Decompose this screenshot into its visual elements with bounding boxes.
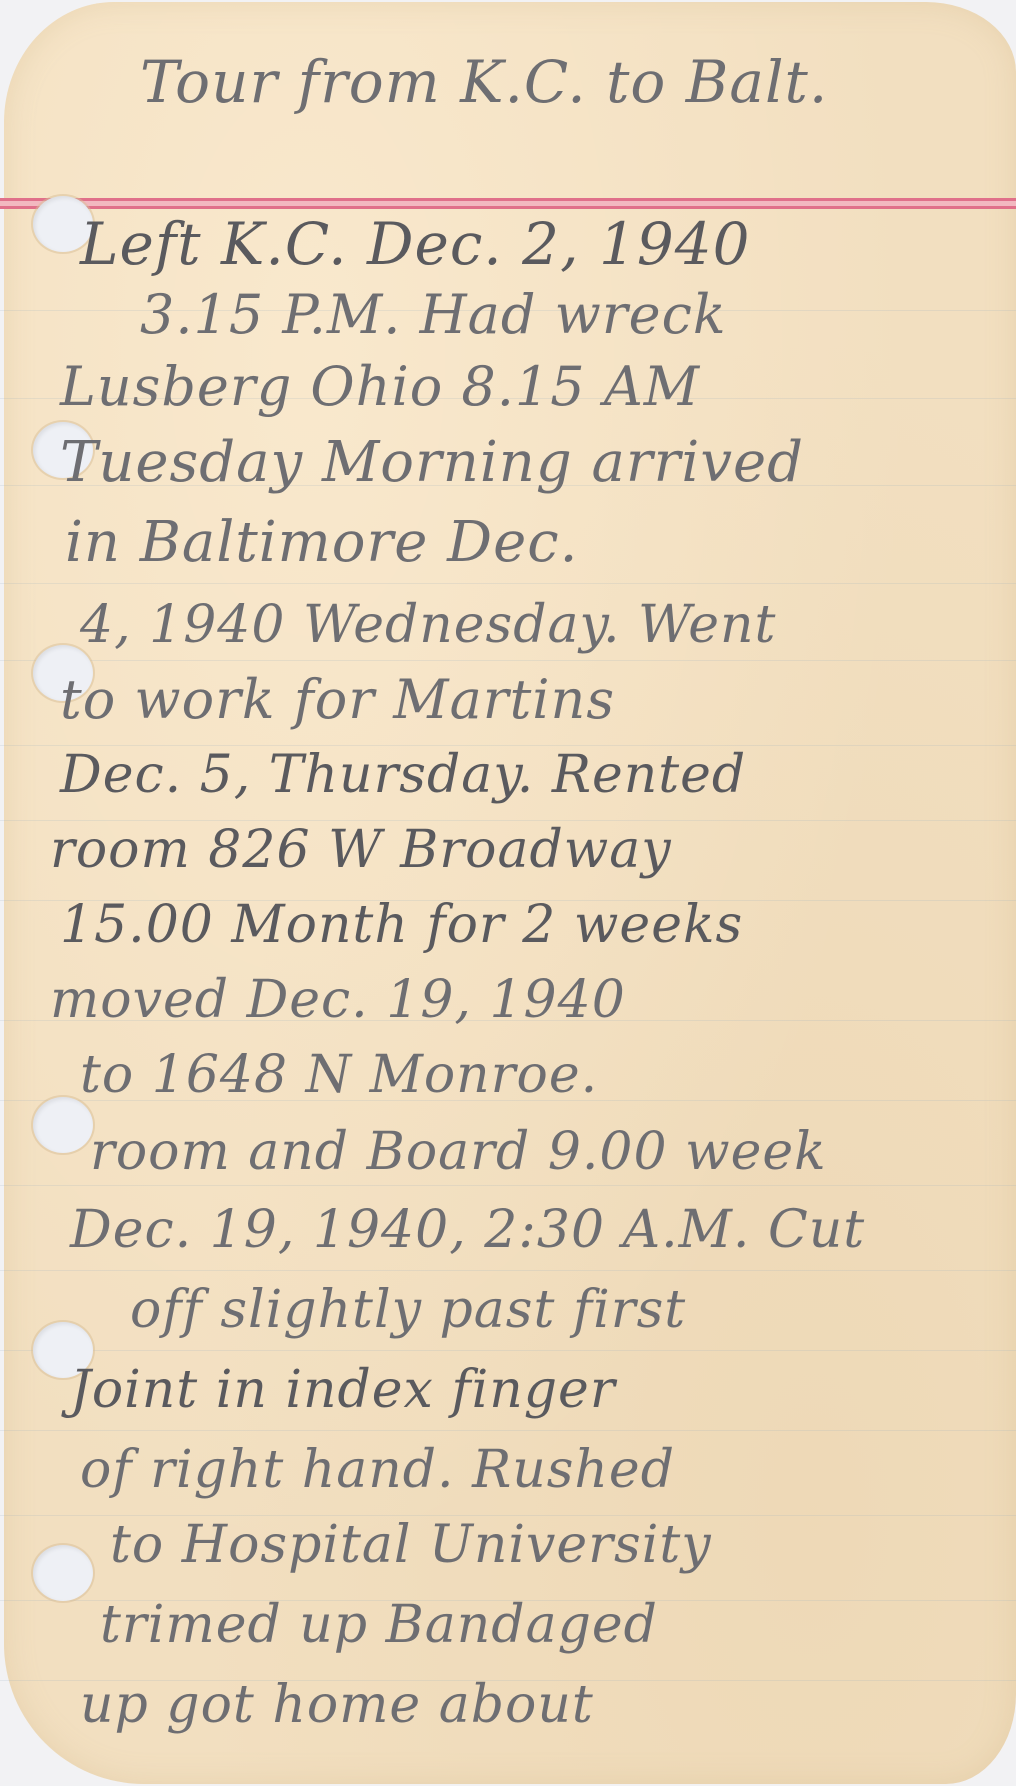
handwritten-line: Lusberg Ohio 8.15 AM — [60, 355, 700, 418]
ruled-line — [0, 583, 1016, 584]
ruled-line — [0, 660, 1016, 661]
ruled-line — [0, 1350, 1016, 1351]
handwritten-line: of right hand. Rushed — [80, 1440, 675, 1500]
handwritten-line: room and Board 9.00 week — [90, 1122, 827, 1182]
binder-hole — [33, 1097, 93, 1153]
handwritten-line: 15.00 Month for 2 weeks — [60, 895, 743, 955]
handwritten-line: 4, 1940 Wednesday. Went — [80, 595, 776, 655]
handwritten-line: Left K.C. Dec. 2, 1940 — [80, 210, 751, 278]
handwritten-line: to work for Martins — [60, 668, 615, 731]
handwritten-line: Joint in index finger — [70, 1360, 616, 1420]
handwritten-line: room 826 W Broadway — [50, 820, 672, 880]
handwritten-line: moved Dec. 19, 1940 — [50, 970, 626, 1030]
handwritten-line: up got home about — [80, 1675, 594, 1735]
binder-hole — [33, 1545, 93, 1601]
handwritten-line: in Baltimore Dec. — [65, 510, 578, 575]
header-rule-line — [0, 206, 1016, 209]
handwritten-line: Dec. 19, 1940, 2:30 A.M. Cut — [70, 1200, 865, 1260]
ruled-line — [0, 1430, 1016, 1431]
ruled-line — [0, 1270, 1016, 1271]
ruled-line — [0, 1185, 1016, 1186]
handwritten-line: Tuesday Morning arrived — [60, 430, 804, 495]
handwritten-line: to Hospital University — [110, 1515, 712, 1575]
handwritten-line: off slightly past first — [130, 1280, 686, 1340]
handwritten-line: 3.15 P.M. Had wreck — [140, 283, 727, 346]
page-title: Tour from K.C. to Balt. — [140, 48, 828, 116]
handwritten-line: Dec. 5, Thursday. Rented — [60, 745, 746, 805]
header-rule-line — [0, 198, 1016, 201]
handwritten-line: trimed up Bandaged — [100, 1595, 658, 1655]
handwritten-line: to 1648 N Monroe. — [80, 1045, 598, 1105]
